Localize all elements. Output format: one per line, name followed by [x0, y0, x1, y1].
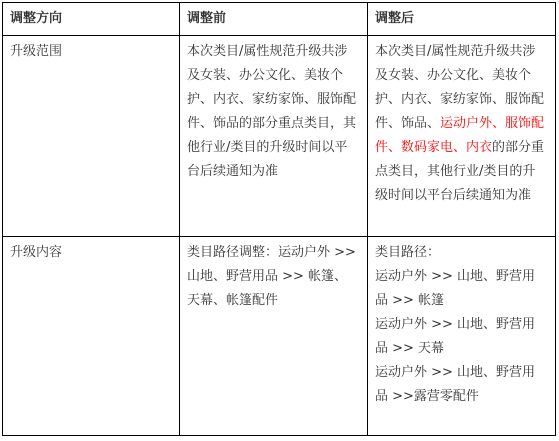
row-label-content: 升级内容 — [3, 237, 180, 436]
header-after: 调整后 — [368, 3, 556, 36]
scope-before-cell: 本次类目/属性规范升级共涉及女装、办公文化、美妆个护、内衣、家纺家饰、服饰配件、… — [180, 36, 368, 237]
header-direction: 调整方向 — [3, 3, 180, 36]
header-row: 调整方向 调整前 调整后 — [3, 3, 556, 36]
row-label-scope: 升级范围 — [3, 36, 180, 237]
content-after-title: 类目路径： — [375, 241, 547, 265]
category-path-item: 运动户外 >> 山地、野营用品 >>露营零配件 — [375, 361, 547, 409]
header-before: 调整前 — [180, 3, 368, 36]
adjustment-comparison-table: 调整方向 调整前 调整后 升级范围 本次类目/属性规范升级共涉及女装、办公文化、… — [2, 2, 556, 436]
table-row-upgrade-scope: 升级范围 本次类目/属性规范升级共涉及女装、办公文化、美妆个护、内衣、家纺家饰、… — [3, 36, 556, 237]
table-row-upgrade-content: 升级内容 类目路径调整：运动户外 >> 山地、野营用品 >> 帐篷、天幕、帐篷配… — [3, 237, 556, 436]
content-before-cell: 类目路径调整：运动户外 >> 山地、野营用品 >> 帐篷、天幕、帐篷配件 — [180, 237, 368, 436]
content-after-cell: 类目路径： 运动户外 >> 山地、野营用品 >> 帐篷 运动户外 >> 山地、野… — [368, 237, 556, 436]
category-path-item: 运动户外 >> 山地、野营用品 >> 帐篷 — [375, 265, 547, 313]
category-path-item: 运动户外 >> 山地、野营用品 >> 天幕 — [375, 313, 547, 361]
scope-after-cell: 本次类目/属性规范升级共涉及女装、办公文化、美妆个护、内衣、家纺家饰、服饰配件、… — [368, 36, 556, 237]
